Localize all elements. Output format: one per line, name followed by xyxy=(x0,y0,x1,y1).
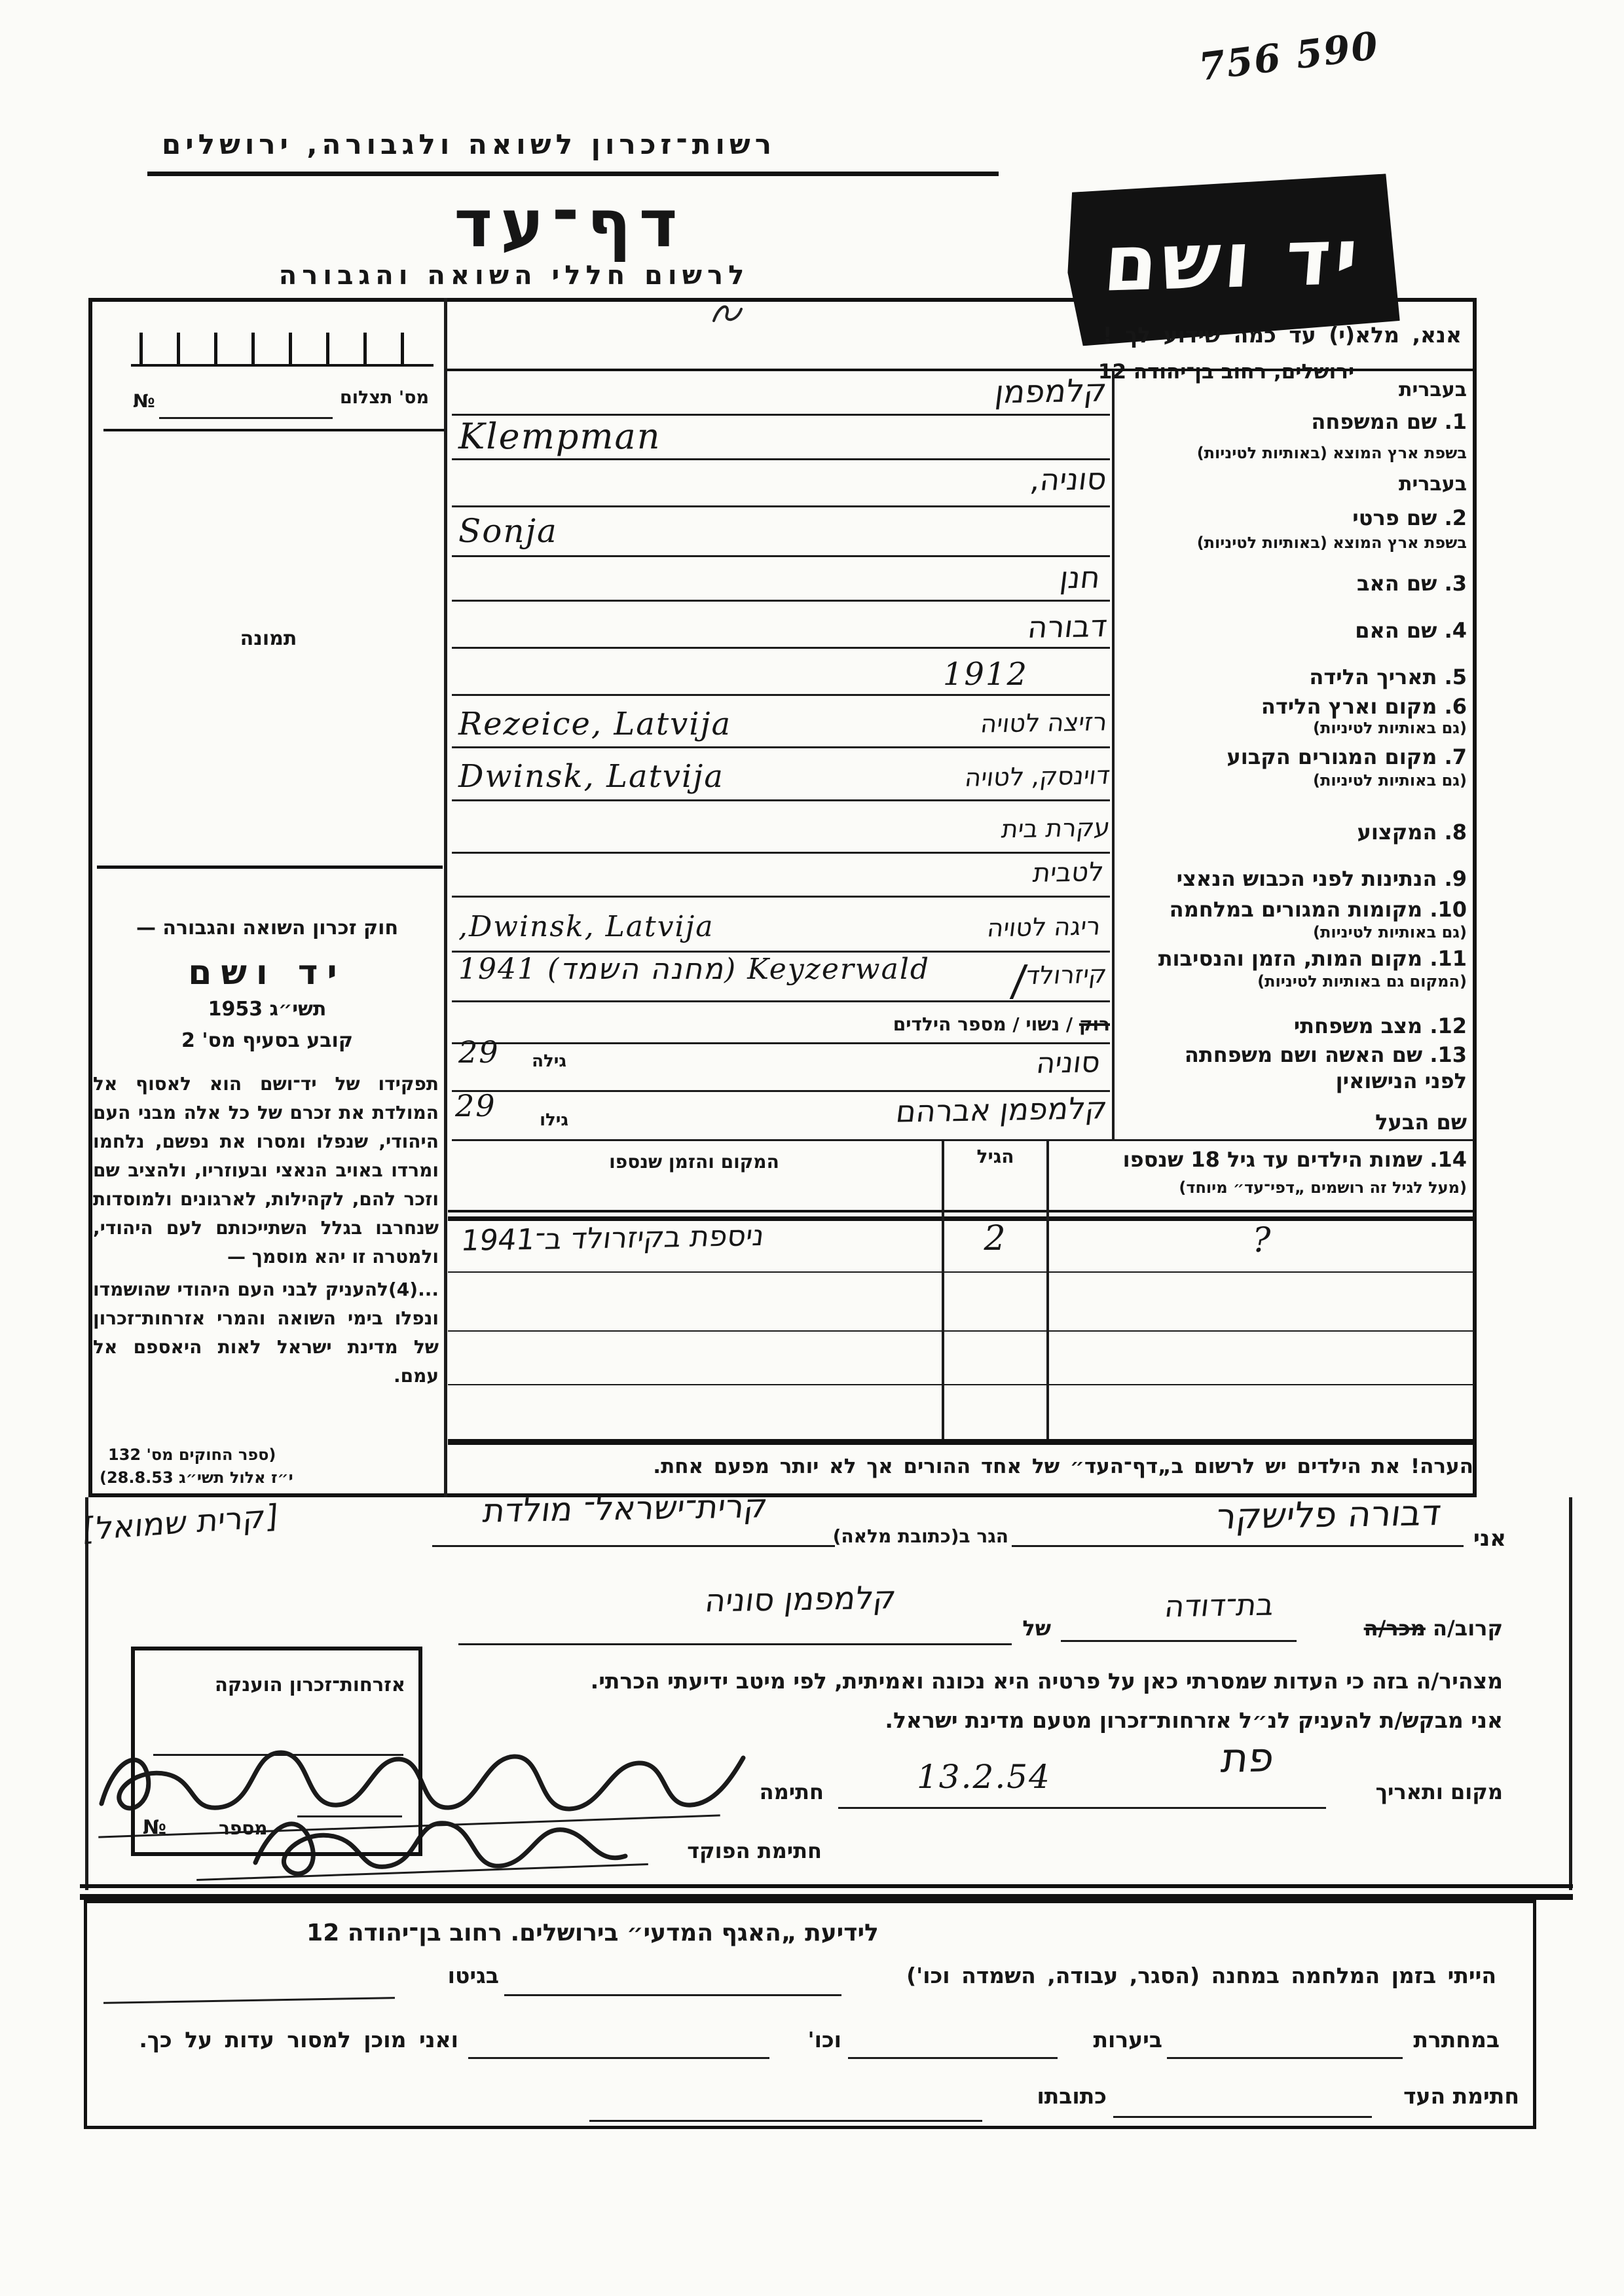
grant-number-symbol: № xyxy=(143,1816,166,1839)
photo-number-blank xyxy=(159,417,333,419)
war-residence-hebrew-hw: ריגה לטויה xyxy=(986,911,1102,942)
field-9-label: 9. הנתינות לפני הכבוש הנאצי xyxy=(1177,866,1467,891)
children-col-place: המקום והזמן שנספו xyxy=(458,1151,930,1173)
field-14-sub: (מעל לגיל זה רושמים „דפי־עד״ מיוחד) xyxy=(1179,1178,1467,1197)
of-label: של xyxy=(1022,1616,1051,1641)
field-10-sub: (גם באותיות לטיניות) xyxy=(1313,923,1467,941)
mother-name-hw: דבורה xyxy=(1025,608,1109,645)
witness-signature-blank xyxy=(1113,2116,1372,2118)
grant-box-title: אזרחות־זכרון הוענקה xyxy=(215,1673,405,1696)
husband-age-label: גילו xyxy=(540,1110,568,1130)
child-place-hw: ניספת בקיזרולד ב־1941 xyxy=(459,1219,766,1258)
field-12-label: 12. מצב משפחתי xyxy=(1294,1013,1467,1038)
testimony-page: 590 756 רשות־זכרון לשואה ולגבורה, ירושלי… xyxy=(0,0,1624,2296)
field-6-sub: (גם באותיות לטיניות) xyxy=(1313,719,1467,737)
death-place-latin-hw: Keyzerwald (מחנה השמד) 1941 xyxy=(458,953,930,986)
field-6-label: 6. מקום וארץ הלידה xyxy=(1261,694,1467,719)
field-1-label: 1. שם המשפחה xyxy=(1311,409,1467,434)
resides-label: הגר ב(כתובת מלאה) xyxy=(833,1525,1008,1547)
field-3-label: 3. שם האב xyxy=(1357,571,1467,596)
underground-label: במחתרת xyxy=(1413,2027,1500,2052)
field-7-label: 7. מקום המגורים הקבוע xyxy=(1227,744,1467,769)
citizenship-hw: לטבית xyxy=(1031,857,1105,888)
grant-number-label: מספר xyxy=(219,1817,268,1839)
witness-address-hw: קרית־ישראל־ מולדת xyxy=(420,1486,832,1531)
war-residence-latin-hw: Dwinsk, Latvija, xyxy=(458,910,714,943)
photo-number-label: מס' תצלום xyxy=(340,388,429,408)
blank-line xyxy=(452,746,1110,748)
blank-line xyxy=(452,505,1110,507)
field-13-label: 13. שם האשה ושם משפחתה xyxy=(1185,1042,1467,1067)
place-date-label: מקום ותאריך xyxy=(1376,1779,1503,1804)
underground-blank xyxy=(1167,2057,1403,2059)
witness-address-overflow-hw: [קרית שמואל] xyxy=(82,1498,279,1548)
field-2-sub: בשפת ארץ המוצא (באותיות לטיניות) xyxy=(1197,534,1467,552)
birth-place-latin-hw: Rezeice, Latvija xyxy=(458,706,731,742)
his-address-label: כתובתו xyxy=(1037,2083,1107,2109)
form-intro: אנא, מלא(י) עד כמה שידוע לך ! xyxy=(1103,322,1462,348)
date-hw: 13.2.54 xyxy=(917,1758,1051,1796)
birth-place-hebrew-hw: רזיצה לטויה xyxy=(979,707,1109,738)
photo-number-symbol: № xyxy=(133,390,155,412)
tick-mark xyxy=(139,333,143,365)
blank-line xyxy=(452,896,1110,898)
blank-line xyxy=(452,1139,1473,1141)
authority-line: רשות־זכרון לשואה ולגבורה, ירושלים xyxy=(162,128,776,160)
law-reference-1: (ספר החוקים מס' 132 xyxy=(108,1446,276,1464)
field-14-label: 14. שמות הילדים עד גיל 18 שנספו xyxy=(1123,1147,1467,1172)
section-separator-rule xyxy=(80,1884,1573,1888)
tick-mark xyxy=(214,333,217,365)
field-8-label: 8. המקצוע xyxy=(1357,820,1467,845)
declarant-i-label: אני xyxy=(1473,1525,1506,1552)
relation-labels: קרוב/ה מכר/ה xyxy=(1364,1616,1503,1641)
intro-rule xyxy=(447,369,1473,371)
archive-number-handwritten: 590 756 xyxy=(1196,23,1382,89)
table-divider-age-right xyxy=(1046,1140,1049,1443)
official-signature-label: חתימת הפוקד xyxy=(687,1838,822,1863)
tick-mark xyxy=(289,333,292,365)
law-clause: קובע בסעיף מס' 2 xyxy=(90,1029,444,1052)
field-1-lang: בעברית xyxy=(1399,378,1467,401)
labels-divider xyxy=(1112,371,1115,1139)
etc-label: וכו' xyxy=(808,2027,841,2052)
photo-box-rule xyxy=(103,429,444,431)
table-bottom-rule xyxy=(448,1439,1473,1445)
table-top-rule xyxy=(448,1210,1473,1212)
page-subtitle: לרשום חללי השואה והגבורה xyxy=(252,261,776,291)
was-in-camp-label: הייתי בזמן המלחמה במחנה (הסגר, עבודה, הש… xyxy=(906,1963,1496,1988)
family-name-hebrew-hw: קלמפמן xyxy=(993,373,1109,411)
husband-label: שם הבעל xyxy=(1375,1110,1467,1135)
witness-signature-bottom-label: חתימת העד xyxy=(1403,2083,1519,2109)
his-address-blank xyxy=(589,2120,982,2122)
father-name-hw: חנן xyxy=(1058,559,1103,595)
marital-option-single: רוק xyxy=(1079,1013,1110,1035)
law-heading: חוק זכרון השואה והגבורה — xyxy=(90,917,444,939)
grant-box-line xyxy=(153,1754,403,1756)
husband-age-hw: 29 xyxy=(455,1088,496,1123)
field-7-sub: (גם באותיות לטיניות) xyxy=(1313,771,1467,790)
page-title: דף־עד xyxy=(426,185,714,262)
sidebar-divider xyxy=(444,298,447,1497)
place-date-line xyxy=(838,1807,1326,1809)
citizenship-grant-box: אזרחות־זכרון הוענקה מספר № xyxy=(131,1647,422,1856)
field-11-label: 11. מקום המות, הזמן והנסיבות xyxy=(1158,946,1467,971)
field-10-label: 10. מקומות המגורים במלחמה xyxy=(1170,897,1467,922)
profession-hw: עקרת בית xyxy=(1000,813,1111,844)
law-paragraph: תפקידו של יד־ושם הוא לאסוף אל המולדת את … xyxy=(93,1070,439,1394)
field-4-label: 4. שם האם xyxy=(1355,618,1467,643)
relation-line xyxy=(1061,1640,1297,1642)
law-separator xyxy=(97,866,443,869)
scientific-branch-notice: לידיעת „האגף המדעי״ בירושלים. רחוב בן־יה… xyxy=(216,1920,969,1946)
tick-mark xyxy=(363,333,367,365)
table-row-line xyxy=(448,1384,1473,1385)
wife-age-label: גילה xyxy=(532,1051,566,1071)
witness-address-line xyxy=(432,1545,835,1547)
declaration-statement: מצהיר/ה בזה כי העדות שמסרתי כאן על פרטיה… xyxy=(591,1668,1503,1694)
grant-number-line xyxy=(297,1815,402,1817)
birth-year-hw: 1912 xyxy=(943,656,1028,693)
field-2-lang: בעברית xyxy=(1399,473,1467,496)
blank-line xyxy=(452,694,1110,696)
children-note: הערה! את הילדים יש לרשום ב„דף־העד״ של אח… xyxy=(653,1455,1473,1478)
ghetto-label: בגיטו xyxy=(448,1963,499,1988)
tick-mark xyxy=(401,333,404,365)
witness-name-hw: דבורה פלישקר xyxy=(1214,1492,1443,1537)
header-rule xyxy=(147,172,999,176)
field-2-label: 2. שם פרטי xyxy=(1352,505,1467,530)
residence-hebrew-hw: דוינסק, לטויה xyxy=(964,761,1112,792)
table-row-line xyxy=(448,1271,1473,1273)
relation-value-hw: בת־דודה xyxy=(1162,1587,1276,1624)
table-divider-age-left xyxy=(942,1140,944,1443)
relative-label: קרוב/ה xyxy=(1433,1616,1503,1641)
ready-to-testify-label: ואני מוכן למסור עדות על כך. xyxy=(139,2027,458,2052)
section-separator-rule-2 xyxy=(80,1894,1573,1900)
forests-label: ביערות xyxy=(1093,2027,1162,2052)
blank-line xyxy=(452,647,1110,649)
forests-blank xyxy=(848,2057,1058,2059)
blank-line xyxy=(452,1042,1110,1044)
child-age-hw: 2 xyxy=(942,1219,1049,1258)
field-13-label2: לפני הנישואין xyxy=(1336,1068,1467,1093)
law-year: תשי״ג 1953 xyxy=(90,998,444,1021)
marital-status-options: רוק / נשוי / מספר הילדים xyxy=(893,1013,1110,1035)
tick-mark xyxy=(177,333,180,365)
acquaintance-label: מכר/ה xyxy=(1364,1616,1426,1641)
blank-line xyxy=(452,555,1110,557)
residence-latin-hw: Dwinsk, Latvija xyxy=(458,758,724,795)
law-reference-2: י״ז אלול תשי״ג 28.8.53) xyxy=(100,1468,293,1487)
field-1-sub: בשפת ארץ המוצא (באותיות לטיניות) xyxy=(1197,444,1467,462)
law-paragraph-2: ...(4)להעניק לבני העם היהודי שהושמדו ונפ… xyxy=(93,1275,439,1391)
etc-blank xyxy=(468,2057,769,2059)
declaration-left-border xyxy=(85,1497,88,1890)
child-name-hw: ? xyxy=(1048,1221,1477,1260)
table-row-line xyxy=(448,1330,1473,1332)
photo-placeholder-label: תמונה xyxy=(190,627,347,650)
husband-name-hw: קלמפמן אברהם xyxy=(894,1090,1109,1129)
subject-name-hw: קלמפמן סוניה xyxy=(587,1577,1014,1621)
yad-vashem-logo-text: יד ושם xyxy=(1101,211,1365,308)
citizenship-request: אני מבקש/ת להעניק לנ״ל אזרחות־זכרון מטעם… xyxy=(885,1707,1503,1733)
law-paragraph-1: תפקידו של יד־ושם הוא לאסוף אל המולדת את … xyxy=(93,1070,439,1271)
witness-name-line xyxy=(1012,1545,1464,1547)
camp-blank xyxy=(504,1994,841,1996)
tick-mark xyxy=(326,333,329,365)
marital-options-rest: / נשוי / מספר הילדים xyxy=(893,1013,1079,1035)
blank-line xyxy=(452,458,1110,460)
blank-line xyxy=(452,852,1110,854)
wife-age-hw: 29 xyxy=(458,1034,500,1070)
first-name-latin-hw: Sonja xyxy=(458,512,558,550)
children-col-age: הגיל xyxy=(942,1146,1049,1167)
declaration-right-border xyxy=(1569,1497,1572,1890)
field-5-label: 5. תאריך הלידה xyxy=(1309,665,1467,689)
death-place-hebrew-hw: קיזרולד xyxy=(1024,960,1108,990)
tick-mark xyxy=(251,333,255,365)
family-name-latin-hw: Klempman xyxy=(458,416,661,457)
law-brand: יד ושם xyxy=(90,953,444,993)
field-11-sub: (המקום גם באותיות לטיניות) xyxy=(1257,972,1467,991)
first-name-hebrew-hw: סוניה, xyxy=(1029,461,1109,498)
wife-name-hw: סוניה xyxy=(1035,1046,1102,1080)
place-hw: פת xyxy=(1219,1733,1277,1781)
blank-line xyxy=(452,600,1110,602)
blank-line xyxy=(452,799,1110,801)
signature-label: חתימה xyxy=(760,1779,824,1804)
subject-line xyxy=(458,1643,1012,1645)
